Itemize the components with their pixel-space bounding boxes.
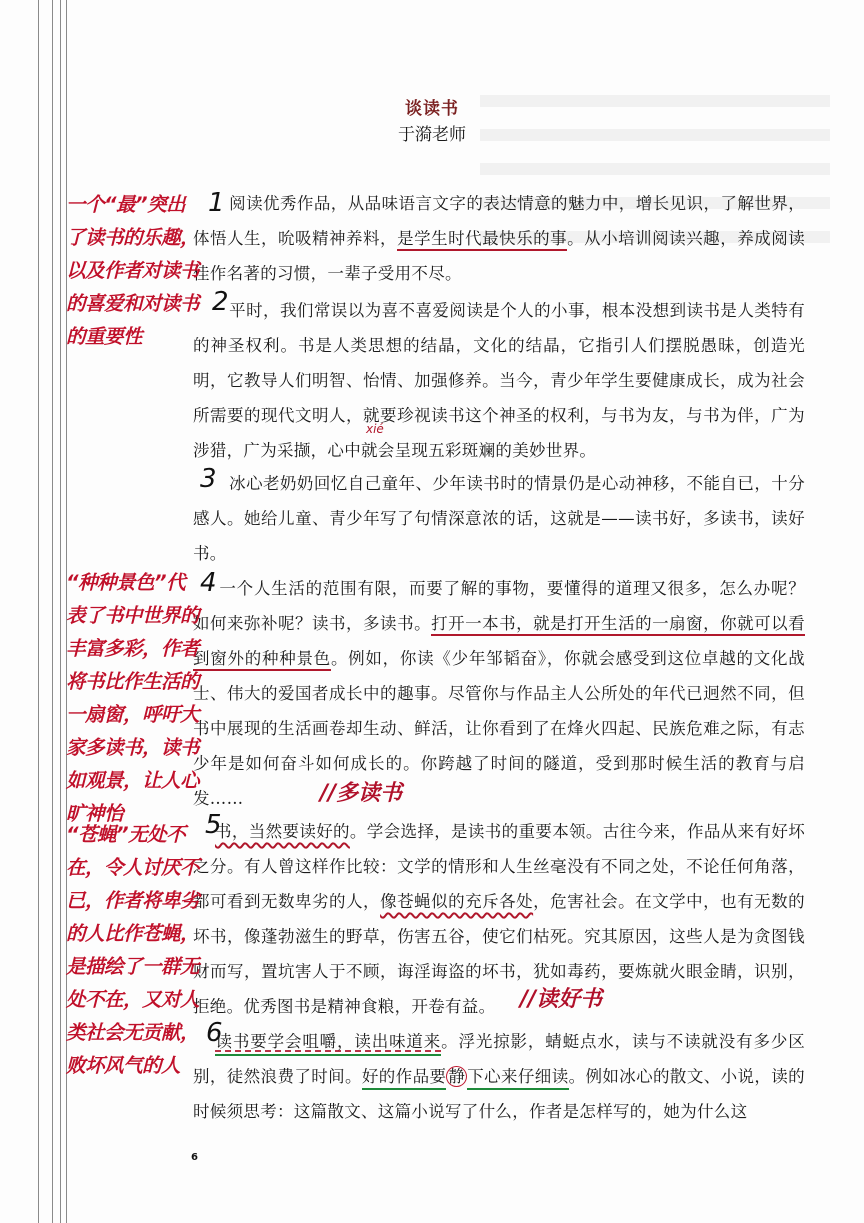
margin-note-paragraph-1: 一个“最”突出了读书的乐趣，以及作者对读书的喜爱和对读书的重要性	[66, 188, 202, 353]
page-number: 6	[191, 1152, 198, 1163]
wavy-underlined-phrase: 书，当然要读好的	[215, 822, 350, 841]
binding-line	[38, 0, 39, 1223]
underlined-phrase: 读书要学会咀嚼，读出味道来	[215, 1032, 441, 1056]
binding-line	[60, 0, 61, 1223]
wavy-underlined-phrase: 像苍蝇似的充斥各处	[380, 892, 533, 911]
binding-line	[52, 0, 53, 1223]
paragraph-5: 书，当然要读好的。学会选择，是读书的重要本领。古往今来，作品从来有好坏之分。有人…	[193, 814, 805, 1024]
document-title: 谈读书	[0, 94, 864, 119]
underlined-phrase: 下心来仔细读	[467, 1067, 568, 1090]
margin-note-paragraph-4: “种种景色”代表了书中世界的丰富多彩，作者将书比作生活的一扇窗，呼吁大家多读书，…	[66, 566, 202, 830]
underlined-phrase: 好的作品要	[362, 1067, 446, 1090]
margin-note-paragraph-5: “苍蝇”无处不在，令人讨厌不已，作者将卑劣的人比作苍蝇，是描绘了一群无处不在，又…	[66, 818, 202, 1082]
paragraph-4: 一个人生活的范围有限，而要了解的事物，要懂得的道理又很多，怎么办呢？如何来弥补呢…	[193, 571, 805, 816]
paragraph-1: 阅读优秀作品，从品味语言文字的表达情意的魅力中，增长见识，了解世界，体悟人生，吮…	[193, 186, 805, 291]
document-author: 于漪老师	[0, 120, 864, 145]
paragraph-2: 平时，我们常误以为喜不喜爱阅读是个人的小事，根本没想到读书是人类特有的神圣权利。…	[193, 293, 805, 468]
pinyin-annotation: xié	[366, 422, 384, 436]
handwritten-summary: //读好书	[520, 982, 602, 1013]
paragraph-6: 读书要学会咀嚼，读出味道来。浮光掠影，蜻蜓点水，读与不读就没有多少区别，徒然浪费…	[193, 1024, 805, 1129]
handwritten-summary: //多读书	[320, 776, 402, 807]
underlined-phrase: 是学生时代最快乐的事	[397, 229, 567, 251]
circled-character: 静	[446, 1066, 467, 1087]
paragraph-3: 冰心老奶奶回忆自己童年、少年读书时的情景仍是心动神移，不能自已，十分感人。她给儿…	[193, 466, 805, 571]
